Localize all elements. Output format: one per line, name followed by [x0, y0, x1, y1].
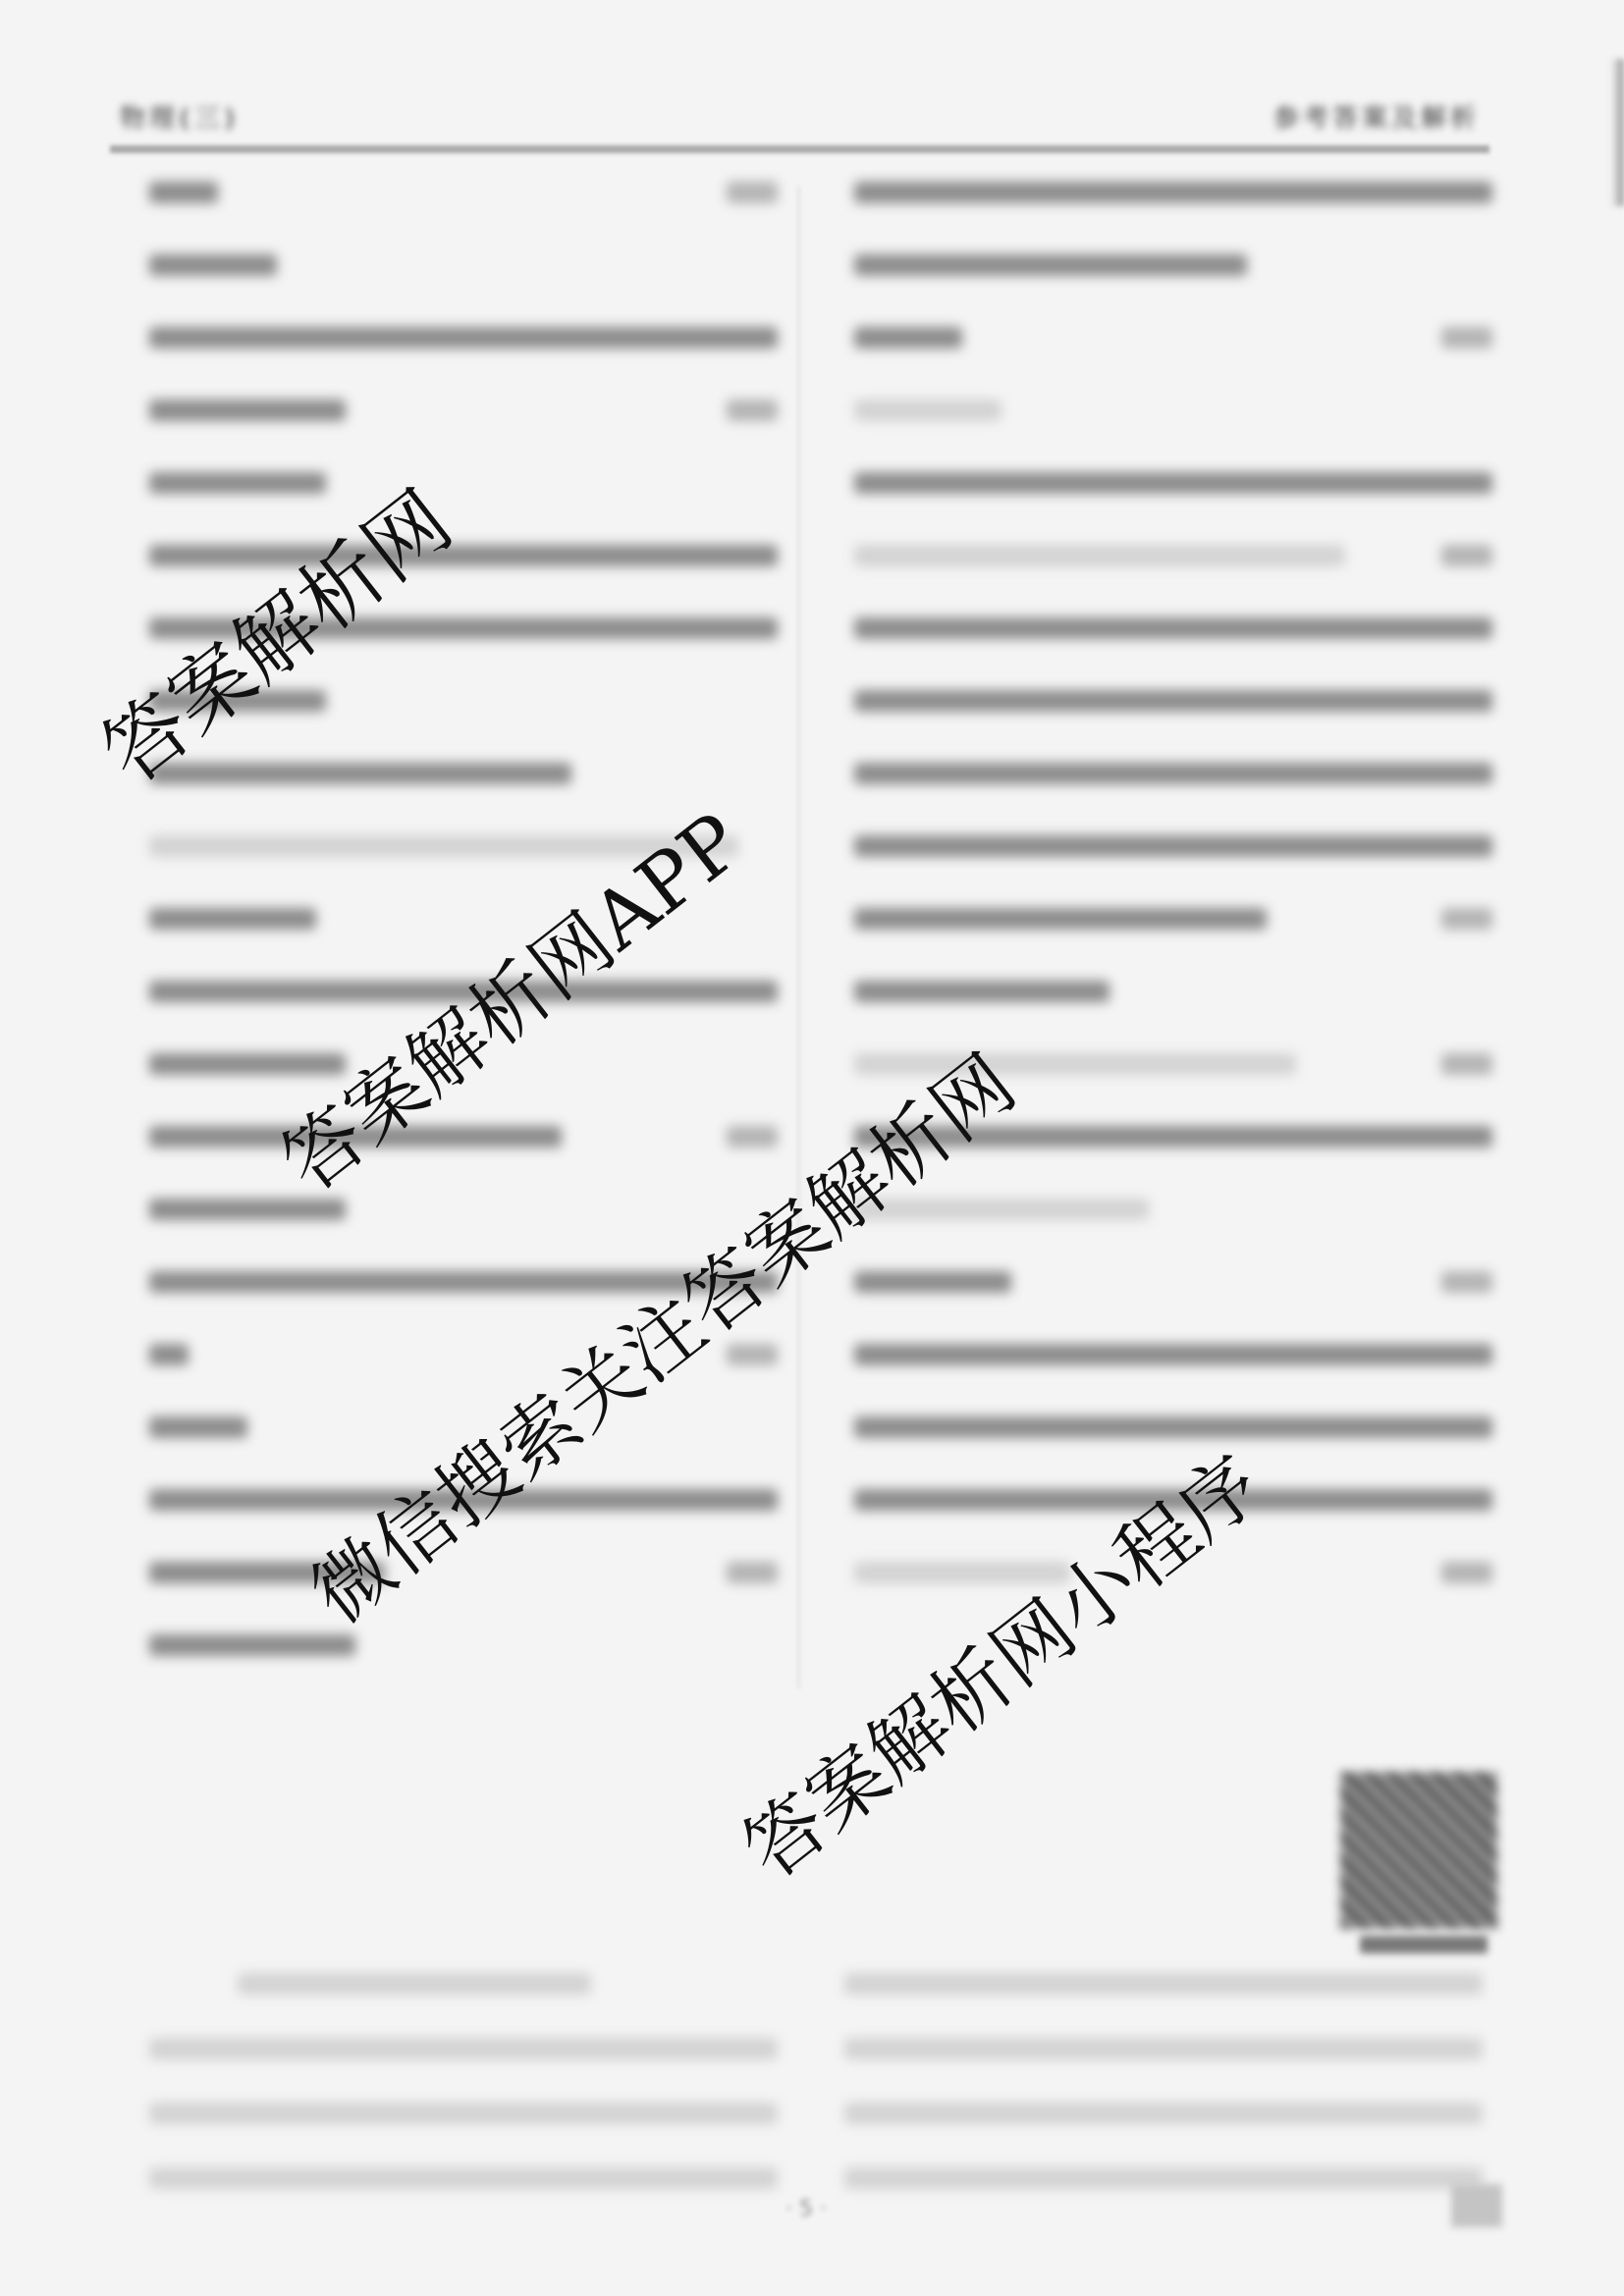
text-line [854, 1271, 1492, 1297]
text-line [149, 1973, 778, 1999]
text-line [149, 254, 778, 280]
text-line [854, 835, 1492, 861]
corner-logo [1451, 2184, 1502, 2227]
text-line [854, 617, 1492, 643]
text-line [149, 327, 778, 352]
qr-caption [1360, 1936, 1488, 1953]
page-edge-shadow [1610, 59, 1624, 206]
text-line [854, 690, 1492, 716]
text-line [149, 400, 778, 425]
text-line [854, 1344, 1492, 1369]
text-line [854, 1416, 1492, 1442]
text-line [149, 1634, 778, 1660]
text-line [149, 1126, 778, 1151]
right-bottom-text [844, 1973, 1483, 2232]
text-line [854, 400, 1492, 425]
text-line [854, 763, 1492, 788]
left-bottom-text [149, 1973, 778, 2232]
qr-code [1340, 1772, 1497, 1929]
document-page: 物理(三) 参考答案及解析 [0, 0, 1624, 2296]
text-line [854, 545, 1492, 570]
text-line [854, 182, 1492, 207]
text-line [149, 763, 778, 788]
text-line [854, 327, 1492, 352]
text-line [844, 2167, 1483, 2193]
column-divider [797, 187, 800, 1688]
text-line [854, 908, 1492, 934]
text-line [854, 981, 1492, 1006]
section-title: 参考答案及解析 [1273, 98, 1480, 134]
text-line [149, 2167, 778, 2193]
text-line [844, 2103, 1483, 2128]
text-line [854, 1199, 1492, 1224]
text-line [854, 254, 1492, 280]
text-line [149, 1199, 778, 1224]
right-column [854, 182, 1492, 1634]
text-line [844, 2038, 1483, 2063]
text-line [854, 472, 1492, 498]
page-number: · 5 · [785, 2197, 827, 2221]
text-line [149, 2103, 778, 2128]
text-line [149, 472, 778, 498]
header-rule [110, 145, 1489, 153]
page-header: 物理(三) 参考答案及解析 [110, 94, 1489, 153]
subject-label: 物理(三) [120, 98, 240, 134]
text-line [844, 1973, 1483, 1999]
text-line [149, 182, 778, 207]
text-line [149, 2038, 778, 2063]
text-line [149, 1562, 778, 1587]
